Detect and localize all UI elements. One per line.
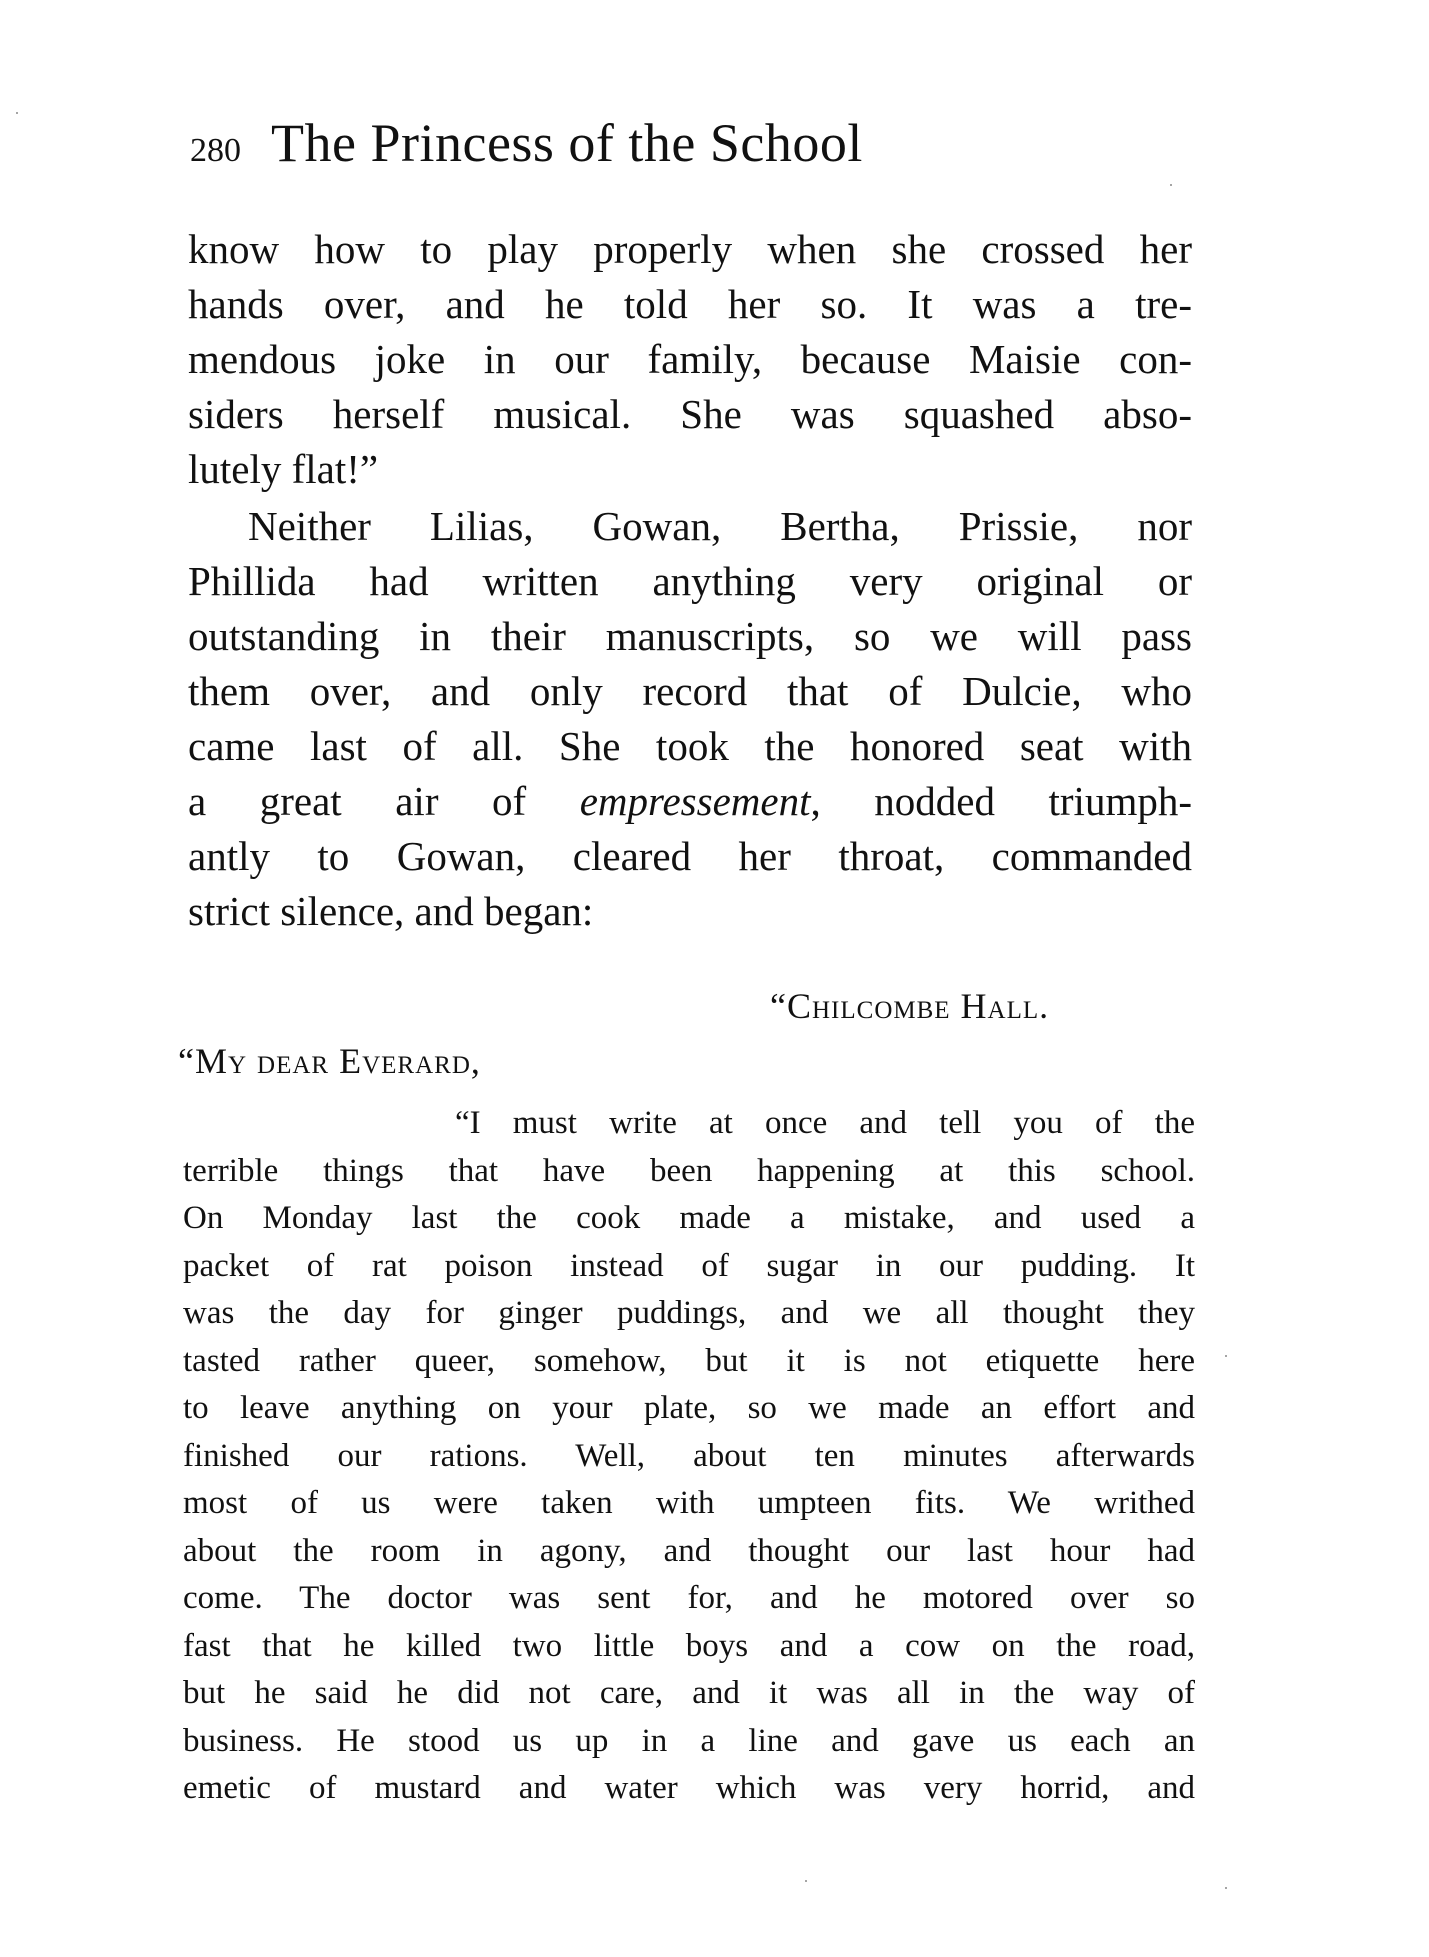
letter-line: finished our rations. Well, about ten mi… xyxy=(183,1433,1195,1481)
letter-line: terrible things that have been happening… xyxy=(183,1148,1195,1196)
letter-address: “Chilcombe Hall. xyxy=(770,985,1049,1027)
letter-line: packet of rat poison instead of sugar in… xyxy=(183,1243,1195,1291)
text-line: Phillida had written anything very origi… xyxy=(188,554,1192,609)
text-line: Neither Lilias, Gowan, Bertha, Prissie, … xyxy=(188,499,1192,554)
italic-word: empressement xyxy=(580,778,811,824)
paragraph-neither: Neither Lilias, Gowan, Bertha, Prissie, … xyxy=(188,499,1192,939)
text-fragment: a great air of xyxy=(188,778,580,824)
scan-speck xyxy=(805,1880,807,1882)
text-line: know how to play properly when she cross… xyxy=(188,222,1192,277)
letter-line: tasted rather queer, somehow, but it is … xyxy=(183,1338,1195,1386)
letter-line: was the day for ginger puddings, and we … xyxy=(183,1290,1195,1338)
letter-line: to leave anything on your plate, so we m… xyxy=(183,1385,1195,1433)
text-line: them over, and only record that of Dulci… xyxy=(188,664,1192,719)
text-line-with-italic: a great air of empressement, nodded triu… xyxy=(188,774,1192,829)
letter-line: but he said he did not care, and it was … xyxy=(183,1670,1195,1718)
letter-line: about the room in agony, and thought our… xyxy=(183,1528,1195,1576)
letter-salutation: “My dear Everard, xyxy=(178,1040,481,1082)
page-number: 280 xyxy=(190,132,241,170)
scan-speck xyxy=(16,112,18,114)
scan-speck xyxy=(1225,1355,1227,1357)
text-line: siders herself musical. She was squashed… xyxy=(188,387,1192,442)
letter-line: fast that he killed two little boys and … xyxy=(183,1623,1195,1671)
text-fragment: , nodded triumph- xyxy=(810,778,1192,824)
letter-body: “I must write at once and tell you of th… xyxy=(183,1100,1195,1813)
scan-speck xyxy=(1225,1887,1227,1889)
letter-line: On Monday last the cook made a mistake, … xyxy=(183,1195,1195,1243)
running-title: The Princess of the School xyxy=(271,112,863,174)
text-line: came last of all. She took the honored s… xyxy=(188,719,1192,774)
letter-line: come. The doctor was sent for, and he mo… xyxy=(183,1575,1195,1623)
text-line: lutely flat!” xyxy=(188,442,1192,497)
paragraph-continuation: know how to play properly when she cross… xyxy=(188,222,1192,497)
text-line: mendous joke in our family, because Mais… xyxy=(188,332,1192,387)
text-line: outstanding in their manuscripts, so we … xyxy=(188,609,1192,664)
letter-line: business. He stood us up in a line and g… xyxy=(183,1718,1195,1766)
letter-line: emetic of mustard and water which was ve… xyxy=(183,1765,1195,1813)
running-header: 280 The Princess of the School xyxy=(190,112,1200,182)
book-page: 280 The Princess of the School know how … xyxy=(0,0,1429,1957)
letter-line: “I must write at once and tell you of th… xyxy=(183,1100,1195,1148)
letter-line: most of us were taken with umpteen fits.… xyxy=(183,1480,1195,1528)
scan-speck xyxy=(1170,184,1172,186)
text-line: strict silence, and began: xyxy=(188,884,1192,939)
text-line: antly to Gowan, cleared her throat, comm… xyxy=(188,829,1192,884)
text-line: hands over, and he told her so. It was a… xyxy=(188,277,1192,332)
